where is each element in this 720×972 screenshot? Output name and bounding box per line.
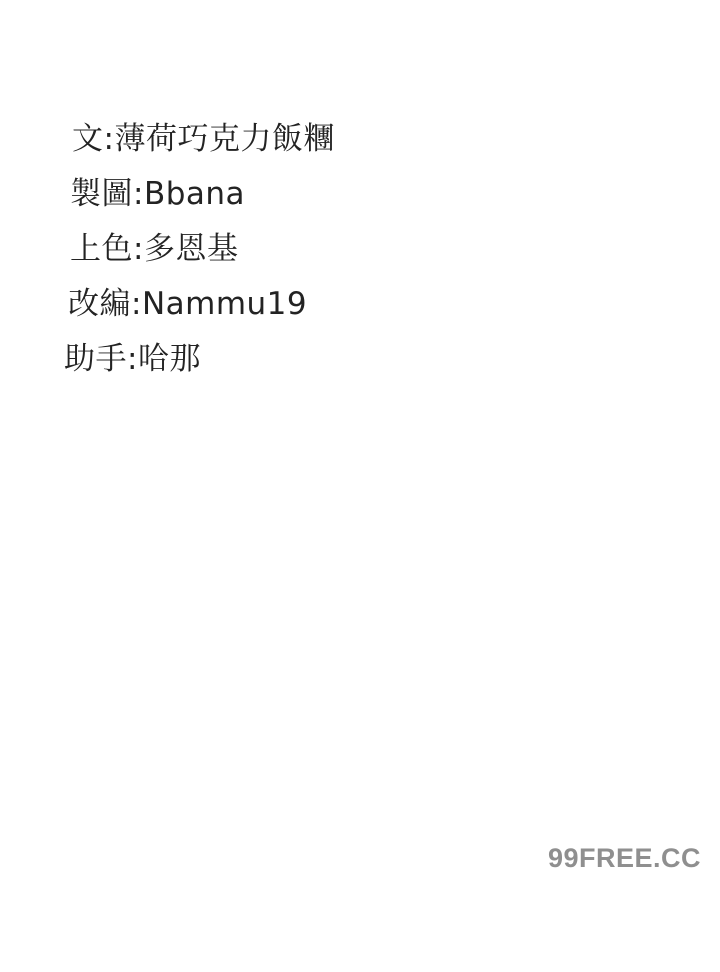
credit-line-assistant: 助手:哈那 [64,332,335,387]
credit-line-colorist: 上色:多恩基 [70,222,335,277]
credit-line-adaptation: 改編:Nammu19 [68,277,335,332]
scanned-page: 文:薄荷巧克力飯糰 製圖:Bbana 上色:多恩基 改編:Nammu19 助手:… [0,0,720,972]
credits-block: 文:薄荷巧克力飯糰 製圖:Bbana 上色:多恩基 改編:Nammu19 助手:… [64,112,335,387]
credit-line-writer: 文:薄荷巧克力飯糰 [72,112,335,167]
credit-line-illustrator: 製圖:Bbana [70,167,335,222]
watermark-text: 99FREE.CC [548,843,701,874]
